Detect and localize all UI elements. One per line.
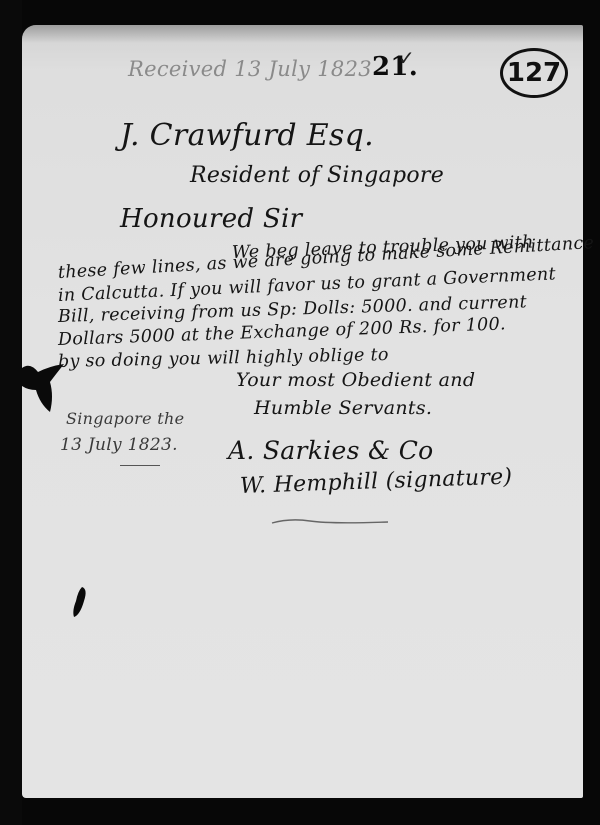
folio-number: 127	[507, 58, 561, 88]
date-underline	[120, 465, 160, 466]
salutation: Honoured Sir	[120, 204, 302, 234]
paper-edge-shadow	[22, 25, 583, 43]
received-docket: Received 13 July 1823	[128, 57, 372, 81]
closing-line-2: Humble Servants.	[254, 397, 432, 419]
check-mark-icon: ✓	[398, 46, 415, 70]
date-line: 13 July 1823.	[60, 435, 178, 455]
addressee-title: Resident of Singapore	[190, 163, 444, 188]
pen-flourish-icon	[270, 516, 390, 526]
signature-sarkies: A. Sarkies & Co	[228, 436, 434, 465]
closing-line-1: Your most Obedient and	[236, 369, 475, 391]
place-line: Singapore the	[66, 409, 184, 428]
addressee-name: J. Crawfurd Esq.	[120, 118, 374, 153]
folio-number-circled: 127	[500, 48, 568, 98]
ink-mark-icon	[70, 585, 90, 621]
ink-blot-icon	[20, 360, 70, 420]
scan-border-left	[0, 0, 22, 825]
